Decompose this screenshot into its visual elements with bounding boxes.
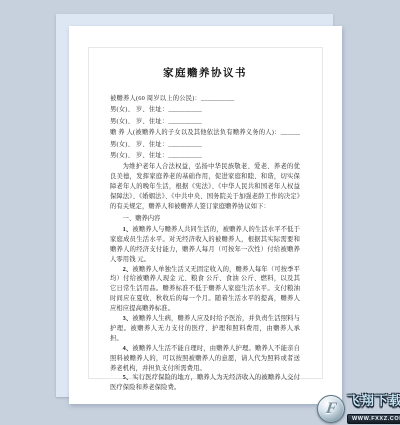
item-text: 被赡养人生活不能自理时，由赡养人护理。赡养人不能亲自照料被赡养人的，可以按照被赡… xyxy=(110,345,300,372)
item-number: 5、 xyxy=(123,374,133,381)
document-content: 家庭赡养协议书 被赡养人(60 周岁以上的公民)：__________ 男(女)… xyxy=(110,26,300,393)
agreement-item: 5、实行医疗保险的地方，赡养人为无经济收入的被赡养人交付医疗保险和养老保险费。 xyxy=(110,373,300,393)
item-text: 被赡养人生病，赡养人应及时给予医治，并负责生活照料与护理。被赡养人无力支付的医疗… xyxy=(110,315,300,342)
agreement-item: 1、被赡养人与赡养人共同生活的，被赡养人的生活水平不低于家庭成员生活水平。对无经… xyxy=(110,225,300,265)
party-line: 赡 养 人(被赡养人的子女以及其他依法负有赡养义务的人)：__________ xyxy=(110,127,300,138)
item-number: 4、 xyxy=(123,345,133,352)
party-line: 男(女)、 岁、住址：__________ xyxy=(110,150,300,161)
watermark-url: WWW.FXXZ.COM xyxy=(347,414,400,424)
item-number: 1、 xyxy=(123,226,133,233)
item-number: 3、 xyxy=(123,315,133,322)
agreement-item: 2、被赡养人单独生活又无固定收入的，赡养人每年（可按季平均）付给被赡养人现金 元… xyxy=(110,265,300,315)
party-line: 被赡养人(60 周岁以上的公民)：__________ xyxy=(110,93,300,104)
item-text: 被赡养人与赡养人共同生活的，被赡养人的生活水平不低于家庭成员生活水平。对无经济收… xyxy=(110,226,300,263)
agreement-item: 4、被赡养人生活不能自理时，由赡养人护理。赡养人不能亲自照料被赡养人的，可以按照… xyxy=(110,344,300,374)
watermark-logo-letter: F xyxy=(325,401,338,417)
item-number: 2、 xyxy=(123,266,133,273)
preamble-paragraph: 为维护老年人合法权益，弘扬中华民族敬老、爱老、养老的优良美德，发挥家庭养老的基础… xyxy=(110,162,300,212)
document-page: 家庭赡养协议书 被赡养人(60 周岁以上的公民)：__________ 男(女)… xyxy=(69,26,342,404)
item-text: 被赡养人单独生活又无固定收入的，赡养人每年（可按季平均）付给被赡养人现金 元、粮… xyxy=(110,266,300,313)
item-text: 实行医疗保险的地方，赡养人为无经济收入的被赡养人交付医疗保险和养老保险费。 xyxy=(110,374,300,391)
watermark-brand: 飞翔下载 xyxy=(347,394,400,407)
party-line: 男(女)、 岁、住址：__________ xyxy=(110,116,300,127)
watermark-logo-icon: F xyxy=(317,395,345,423)
page-title: 家庭赡养协议书 xyxy=(110,65,300,80)
section-heading: 一、赡养内容 xyxy=(110,214,300,224)
screenshot-canvas: { "colors": { "canvas_background": "#c7d… xyxy=(0,0,400,425)
party-line: 男(女)、 岁、住址：__________ xyxy=(110,139,300,150)
agreement-item: 3、被赡养人生病，赡养人应及时给予医治，并负责生活照料与护理。被赡养人无力支付的… xyxy=(110,314,300,344)
watermark: F 飞翔下载 WWW.FXXZ.COM xyxy=(317,392,400,425)
party-line: 男(女)、 岁、住址：__________ xyxy=(110,104,300,115)
watermark-text-block: 飞翔下载 WWW.FXXZ.COM xyxy=(347,394,400,425)
